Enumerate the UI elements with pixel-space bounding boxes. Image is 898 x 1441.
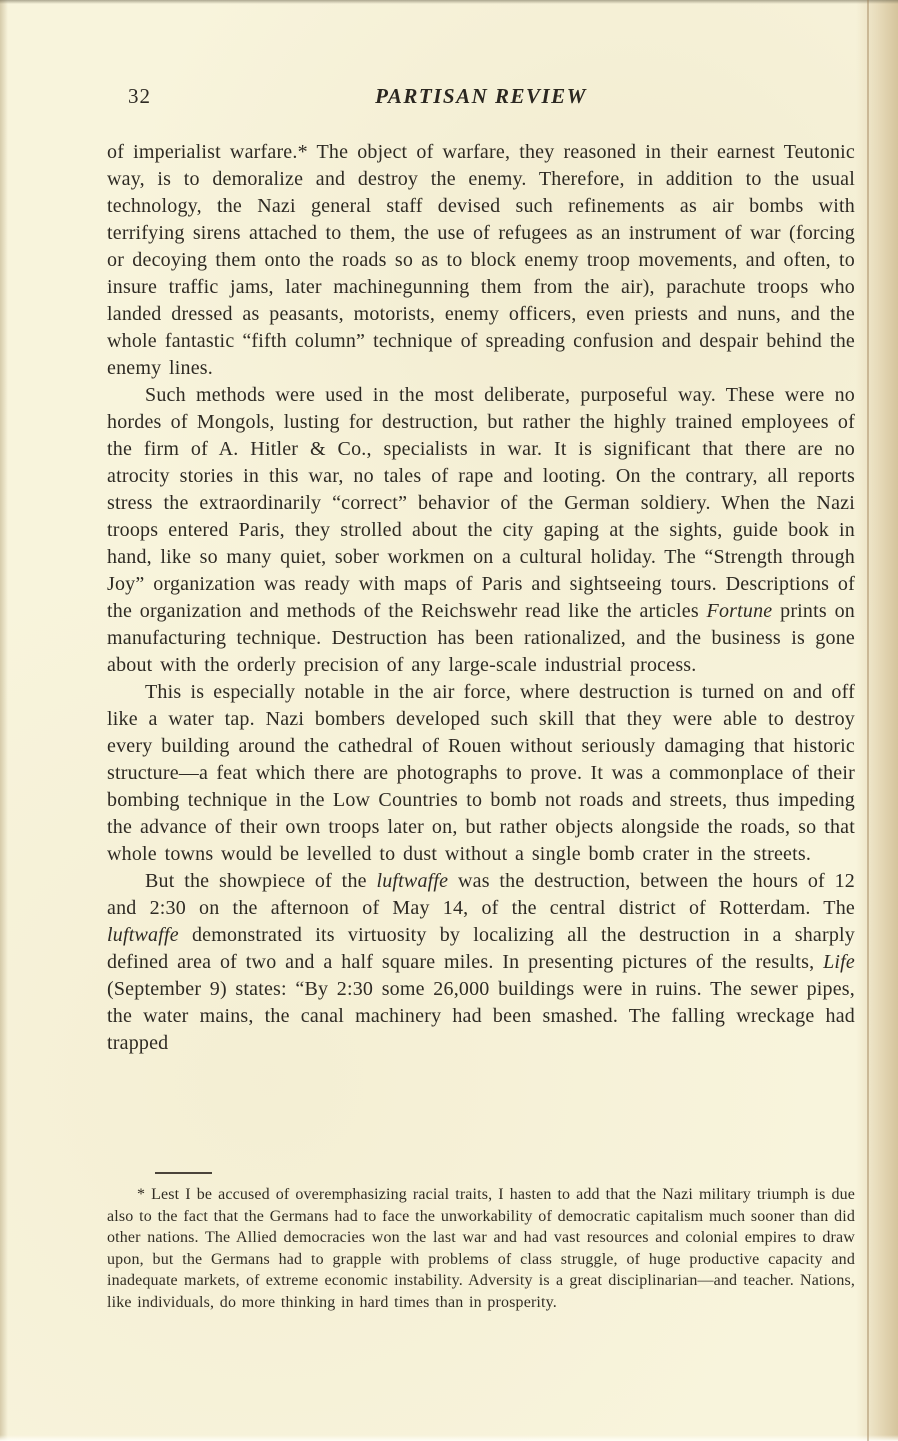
page-edge-shadow [867,0,869,1441]
article-body: of imperialist warfare.* The object of w… [107,139,855,1057]
footnote: * Lest I be accused of overemphasizing r… [107,1184,855,1313]
page-number: 32 [128,84,151,109]
body-paragraph: Such methods were used in the most delib… [107,382,855,679]
body-paragraph: of imperialist warfare.* The object of w… [107,139,855,382]
body-paragraph: But the showpiece of the luftwaffe was t… [107,868,855,1057]
scanned-page: 32 PARTISAN REVIEW of imperialist warfar… [0,0,898,1441]
journal-title: PARTISAN REVIEW [107,84,855,109]
footnote-divider [155,1172,212,1174]
page-header: 32 PARTISAN REVIEW [107,84,855,114]
body-paragraph: This is especially notable in the air fo… [107,679,855,868]
